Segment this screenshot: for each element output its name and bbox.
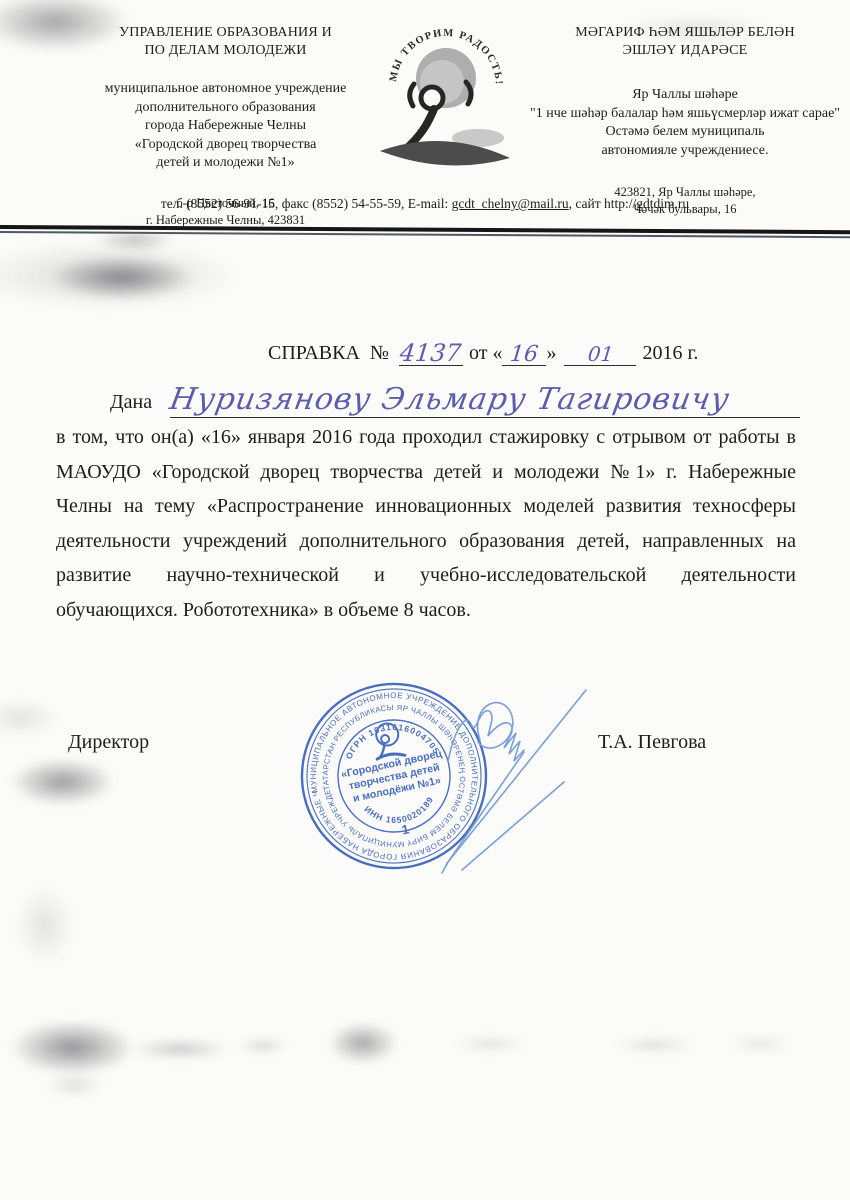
certificate-number-blank: 4137: [399, 337, 463, 366]
organization-logo-icon: МЫ ТВОРИМ РАДОСТЬ!: [372, 8, 518, 180]
authority-name-ru: УПРАВЛЕНИЕ ОБРАЗОВАНИЯ И ПО ДЕЛАМ МОЛОДЕ…: [58, 24, 393, 60]
body-line: Челны на тему «Распространение инновацио…: [56, 489, 796, 524]
scan-smudge: [238, 1038, 288, 1054]
scan-smudge: [15, 885, 75, 965]
body-line: обучающихся. Робототехника» в объеме 8 ч…: [56, 593, 796, 628]
given-row: Дана Нуризянову Эльмару Тагировичу: [68, 374, 800, 418]
scan-smudge: [10, 1020, 135, 1075]
certificate-body-paragraph: в том, что он(а) «16» января 2016 года п…: [56, 420, 796, 627]
handwritten-certificate-number: 4137: [399, 339, 463, 367]
year-label: 2016 г.: [642, 342, 698, 364]
contact-prefix: тел. (8552) 56-91-15, факс (8552) 54-55-…: [161, 196, 452, 211]
contact-line: тел. (8552) 56-91-15, факс (8552) 54-55-…: [0, 196, 850, 212]
recipient-name-blank: Нуризянову Эльмару Тагировичу: [170, 374, 800, 418]
handwritten-day: 16: [509, 342, 540, 367]
date-month-blank: 01: [564, 340, 636, 366]
scan-smudge: [455, 1036, 525, 1052]
body-line: деятельности учреждений дополнительного …: [56, 524, 796, 559]
scan-smudge: [45, 1072, 105, 1098]
stamp-number: 1: [400, 821, 410, 837]
certificate-title-row: СПРАВКА №4137от «16»012016 г.: [268, 337, 698, 366]
scan-smudge: [615, 1036, 695, 1054]
header-right-block: МӘГАРИФ ҺӘМ ЯШЬЛӘР БЕЛӘН ЭШЛӘҮ ИДАРӘСЕ Я…: [520, 24, 850, 218]
date-day-blank: 16: [502, 340, 546, 366]
director-title-label: Директор: [68, 731, 149, 754]
body-line: развитие научно-технической и учебно-исс…: [56, 558, 796, 593]
scan-smudge: [730, 1036, 790, 1052]
scan-smudge: [10, 758, 115, 806]
body-line: МАОУДО «Городской дворец творчества дете…: [56, 455, 796, 490]
given-label: Дана: [68, 391, 170, 418]
authority-name-tt: МӘГАРИФ ҺӘМ ЯШЬЛӘР БЕЛӘН ЭШЛӘҮ ИДАРӘСЕ: [520, 24, 850, 60]
scan-smudge: [130, 1038, 230, 1060]
ot-label: от «: [469, 342, 502, 364]
institution-name-ru: муниципальное автономное учреждение допо…: [58, 80, 393, 172]
certificate-title-label: СПРАВКА №: [268, 342, 389, 364]
body-line: в том, что он(а) «16» января 2016 года п…: [56, 420, 796, 455]
logo-figure-left-arm: [410, 84, 414, 106]
scan-smudge: [50, 255, 195, 300]
email-text: gcdt_chelny@mail.ru: [452, 196, 569, 211]
scan-smudge: [0, 698, 60, 738]
handwritten-recipient-name: Нуризянову Эльмару Тагировичу: [167, 383, 732, 417]
institution-name-tt: Яр Чаллы шәһәре "1 нче шәһәр балалар һәм…: [520, 86, 850, 160]
pen-signature: [418, 662, 658, 887]
scanned-certificate-page: УПРАВЛЕНИЕ ОБРАЗОВАНИЯ И ПО ДЕЛАМ МОЛОДЕ…: [0, 0, 850, 1200]
scan-smudge: [328, 1022, 398, 1064]
contact-suffix: , сайт http://gdtdim.ru: [569, 196, 690, 211]
handwritten-month: 01: [586, 342, 614, 366]
quote-close-label: »: [546, 342, 556, 364]
